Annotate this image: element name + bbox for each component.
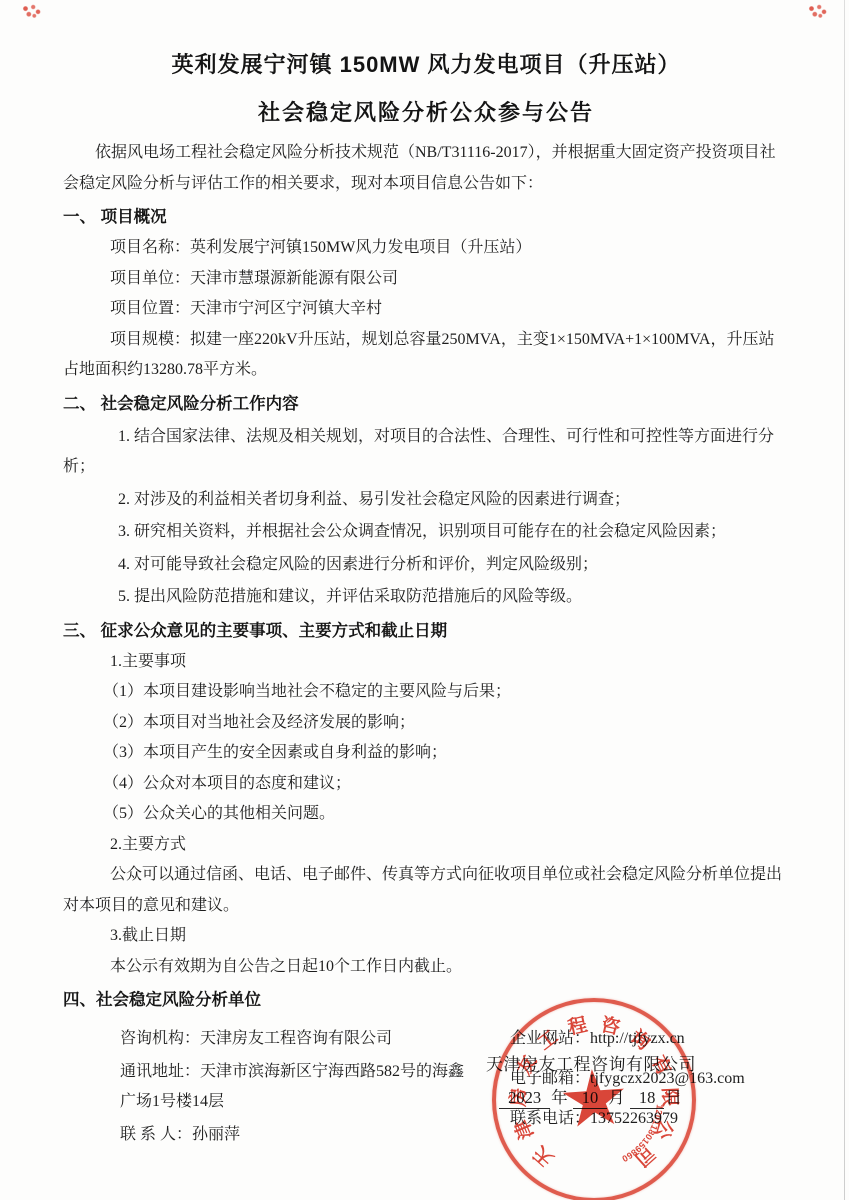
analysis-item: 2. 对涉及的利益相关者切身利益、易引发社会稳定风险的因素进行调查； [63, 485, 789, 516]
project-location: 项目位置：天津市宁河区宁河镇大辛村 [63, 294, 789, 325]
sub2-heading: 2.主要方式 [63, 830, 789, 861]
doc-title-line1: 英利发展宁河镇 150MW 风力发电项目（升压站） [63, 48, 789, 82]
sub1-heading: 1.主要事项 [63, 647, 789, 678]
contact-person-row: 联 系 人：孙丽萍 [120, 1120, 465, 1150]
contact-website-value: http://tjfyzx.cn [590, 1030, 685, 1047]
contact-phone-value: 13752263979 [590, 1110, 678, 1127]
section3-heading: 三、 征求公众意见的主要事项、主要方式和截止日期 [63, 616, 789, 647]
signature-month: 10 [573, 1088, 608, 1109]
contact-address-row: 通讯地址：天津市滨海新区宁海西路582号的海鑫广场1号楼14层 [120, 1057, 465, 1117]
intro-paragraph: 依据风电场工程社会稳定风险分析技术规范（NB/T31116-2017），并根据重… [63, 138, 789, 199]
main-matter-item: （2）本项目对当地社会及经济发展的影响； [63, 708, 789, 739]
contact-person-value: 孙丽萍 [192, 1126, 240, 1143]
analysis-item: 4. 对可能导致社会稳定风险的因素进行分析和评价，判定风险级别； [63, 550, 789, 581]
contact-person-label: 联 系 人： [120, 1126, 192, 1143]
doc-title-line2: 社会稳定风险分析公众参与公告 [63, 96, 789, 130]
project-owner: 项目单位：天津市慧璟源新能源有限公司 [63, 264, 789, 295]
contact-agency-row: 咨询机构：天津房友工程咨询有限公司 [120, 1024, 465, 1054]
section1-heading: 一、 项目概况 [63, 202, 789, 233]
section4-heading: 四、社会稳定风险分析单位 [63, 985, 789, 1016]
sub3-heading: 3.截止日期 [63, 921, 789, 952]
contact-agency-value: 天津房友工程咨询有限公司 [200, 1030, 392, 1047]
red-speckle-icon [20, 3, 42, 19]
contact-agency-label: 咨询机构： [120, 1030, 200, 1047]
contact-website-row: 企业网站：http://tjfyzx.cn [510, 1024, 745, 1054]
signature-company: 天津房友工程咨询有限公司 [452, 1052, 730, 1078]
sub2-paragraph: 公众可以通过信函、电话、电子邮件、传真等方式向征收项目单位或社会稳定风险分析单位… [63, 860, 789, 921]
project-scale: 项目规模：拟建一座220kV升压站，规划总容量250MVA，主变1×150MVA… [63, 325, 789, 386]
sub3-paragraph: 本公示有效期为自公告之日起10个工作日内截止。 [63, 952, 789, 983]
corner-stamp-mark-right [806, 3, 828, 19]
signature-day-unit: 日 [664, 1088, 683, 1107]
signature-block: 天津房友工程咨询有限公司 2023年 10月 18日 [452, 1052, 730, 1111]
main-matter-item: （4）公众对本项目的态度和建议； [63, 769, 789, 800]
main-matter-item: （1）本项目建设影响当地社会不稳定的主要风险与后果； [63, 677, 789, 708]
signature-date: 2023年 10月 18日 [452, 1085, 730, 1111]
analysis-item: 5. 提出风险防范措施和建议，并评估采取防范措施后的风险等级。 [63, 582, 789, 613]
project-name: 项目名称：英利发展宁河镇150MW风力发电项目（升压站） [63, 233, 789, 264]
contact-address-label: 通讯地址： [120, 1063, 200, 1080]
corner-stamp-mark-left [20, 3, 42, 19]
contact-left-column: 咨询机构：天津房友工程咨询有限公司 通讯地址：天津市滨海新区宁海西路582号的海… [120, 1024, 465, 1150]
main-matter-item: （3）本项目产生的安全因素或自身利益的影响； [63, 738, 789, 769]
document-page: 英利发展宁河镇 150MW 风力发电项目（升压站） 社会稳定风险分析公众参与公告… [0, 0, 849, 1150]
signature-month-unit: 月 [607, 1088, 626, 1107]
red-speckle-icon [806, 3, 828, 19]
signature-year-unit: 年 [550, 1088, 569, 1107]
contact-phone-label: 联系电话： [510, 1110, 590, 1127]
analysis-item: 1. 结合国家法律、法规及相关规划，对项目的合法性、合理性、可行性和可控性等方面… [63, 422, 789, 483]
scan-page-edge [844, 0, 846, 1200]
signature-year: 2023 [499, 1088, 550, 1109]
section2-heading: 二、 社会稳定风险分析工作内容 [63, 389, 789, 420]
analysis-item: 3. 研究相关资料，并根据社会公众调查情况，识别项目可能存在的社会稳定风险因素； [63, 517, 789, 548]
main-matter-item: （5）公众关心的其他相关问题。 [63, 799, 789, 830]
signature-day: 18 [630, 1088, 665, 1109]
contact-website-label: 企业网站： [510, 1030, 590, 1047]
